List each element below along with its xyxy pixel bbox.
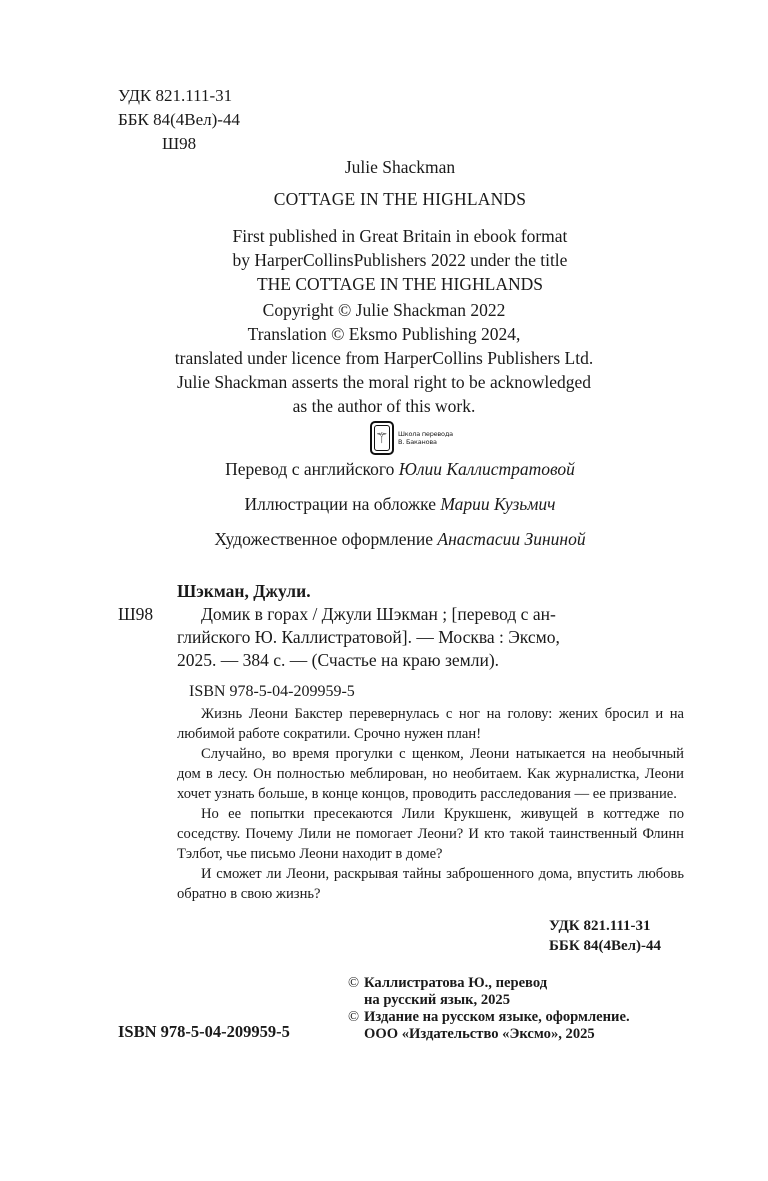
udk-code: УДК 821.111-31 [549, 916, 661, 936]
credit-cover-illustration: Иллюстрации на обложке Марии Кузьмич [16, 487, 768, 522]
logo-caption: Школа перевода В. Баканова [398, 430, 453, 446]
first-published-line: by HarperCollinsPublishers 2022 under th… [16, 248, 768, 272]
bib-author-sign: Ш98 [118, 603, 177, 626]
classification-top: УДК 821.111-31 ББК 84(4Вел)-44 Ш98 [118, 84, 240, 156]
translation-school-logo: ⚚ Школа перевода В. Баканова [370, 421, 453, 455]
bib-line: 2025. — 384 с. — (Счастье на краю земли)… [118, 649, 684, 672]
copyright-line: as the author of this work. [0, 394, 768, 418]
classification-bottom: УДК 821.111-31 ББК 84(4Вел)-44 [549, 916, 661, 956]
udk-code: УДК 821.111-31 [118, 84, 240, 108]
isbn: ISBN 978-5-04-209959-5 [118, 1022, 290, 1042]
annotation-paragraph: И сможет ли Леони, раскрывая тайны забро… [177, 864, 684, 904]
annotation-paragraph: Случайно, во время прогулки с щенком, Ле… [177, 744, 684, 804]
original-author: Julie Shackman [16, 154, 768, 180]
copyright-translation: © Каллистратова Ю., перевод на русский я… [348, 975, 630, 1009]
copyright-symbol: © [348, 975, 364, 1009]
copyright-line: Translation © Eksmo Publishing 2024, [0, 322, 768, 346]
annotation-paragraph: Но ее попытки пресекаются Лили Крукшенк,… [177, 804, 684, 864]
copyright-line: Julie Shackman asserts the moral right t… [0, 370, 768, 394]
first-published-line: First published in Great Britain in eboo… [16, 224, 768, 248]
copyright-edition: © Издание на русском языке, оформление. … [348, 1009, 630, 1043]
credits: Перевод с английского Юлии Каллистратово… [16, 452, 768, 557]
copyright-line: translated under licence from HarperColl… [0, 346, 768, 370]
first-published-note: First published in Great Britain in eboo… [16, 224, 768, 296]
bib-heading: Шэкман, Джули. [118, 580, 684, 603]
copyright-line: Copyright © Julie Shackman 2022 [0, 298, 768, 322]
credit-translator: Перевод с английского Юлии Каллистратово… [16, 452, 768, 487]
bbk-code: ББК 84(4Вел)-44 [549, 936, 661, 956]
annotation-paragraph: Жизнь Леони Бакстер перевернулась с ног … [177, 704, 684, 744]
copyright-symbol: © [348, 1009, 364, 1043]
author-sign: Ш98 [118, 132, 240, 156]
bib-line: глийского Ю. Каллистратовой]. — Москва :… [118, 626, 684, 649]
bib-line: Домик в горах / Джули Шэкман ; [перевод … [177, 603, 684, 626]
bibliographic-record: Шэкман, Джули. Ш98 Домик в горах / Джули… [118, 580, 684, 703]
original-title: COTTAGE IN THE HIGHLANDS [16, 186, 768, 212]
credit-design: Художественное оформление Анастасии Зини… [16, 522, 768, 557]
bbk-code: ББК 84(4Вел)-44 [118, 108, 240, 132]
translation-school-logo-icon: ⚚ [370, 421, 394, 455]
annotation: Жизнь Леони Бакстер перевернулась с ног … [177, 704, 684, 904]
first-published-line: THE COTTAGE IN THE HIGHLANDS [16, 272, 768, 296]
russian-copyright: © Каллистратова Ю., перевод на русский я… [348, 975, 630, 1043]
bib-isbn: ISBN 978-5-04-209959-5 [118, 680, 684, 703]
copyright-notice: Copyright © Julie Shackman 2022 Translat… [0, 298, 768, 418]
